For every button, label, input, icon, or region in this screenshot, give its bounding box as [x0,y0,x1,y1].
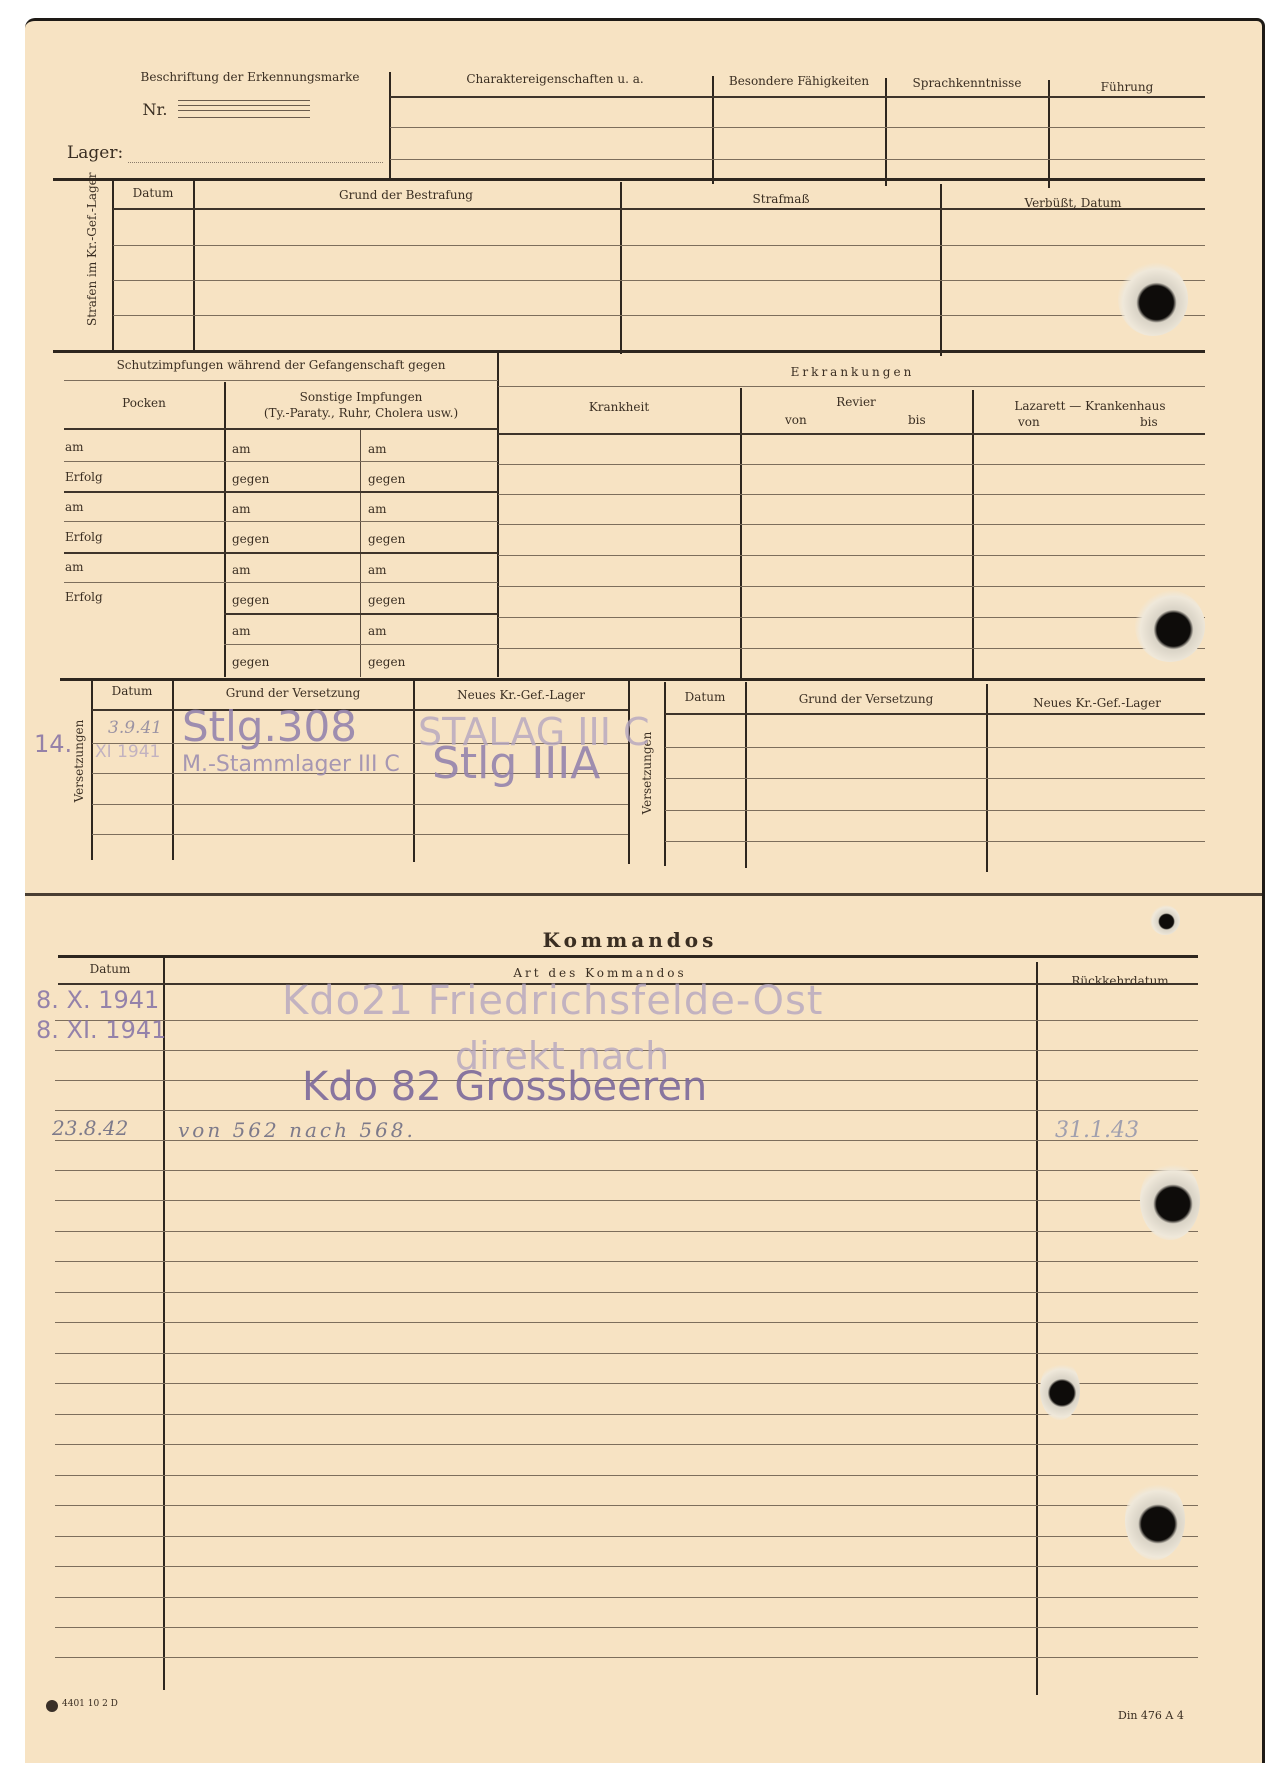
kommando-date-2: 8. XI. 1941 [36,1016,166,1044]
kommando-date-4: 23.8.42 [52,1116,128,1140]
kommando-text-4: von 562 nach 568. [178,1118,416,1142]
traits-header-abilities: Besondere Fähigkeiten [716,74,882,88]
rule [60,678,1205,681]
vacc-other-gegen-4a: gegen [232,655,269,669]
transfer-header-reason-left: Grund der Versetzung [175,686,411,700]
divider [163,957,165,1690]
rule [224,644,498,645]
punishments-side-label: Strafen im Kr.-Gef.-Lager [86,186,114,326]
rule [55,1536,1198,1537]
illness-revier-von: von [785,413,807,427]
divider [712,76,714,184]
rule [55,1414,1198,1415]
vacc-title: Schutzimpfungen während der Gefangenscha… [66,358,496,372]
vacc-pocken-erfolg-1: Erfolg [65,470,103,484]
vacc-other-am-3a: am [232,563,251,577]
transfer-row-number: 14. [34,730,72,758]
nr-field[interactable] [178,100,310,118]
traits-header-languages: Sprachkenntnisse [888,76,1046,90]
rule [55,1110,1198,1111]
rule [498,555,1205,556]
transfer-header-camp-left: Neues Kr.-Gef.-Lager [416,688,626,702]
vacc-pocken-am-1: am [65,440,84,454]
rule [113,280,1205,281]
lager-label: Lager: [67,143,123,163]
stamp-stlg-308: Stlg.308 [182,702,357,751]
stamp-stammlager: M.-Stammlager III C [182,752,400,777]
printer-mark-icon [46,1700,58,1712]
rule [64,521,498,522]
transfer-header-reason-right: Grund der Versetzung [748,692,984,706]
vacc-other-gegen-4b: gegen [368,655,405,669]
punch-hole [1040,1360,1080,1420]
vacc-other-header-2: (Ty.-Paraty., Ruhr, Cholera usw.) [226,406,496,420]
traits-header-character: Charaktereigenschaften u. a. [400,72,710,86]
punish-header-reason: Grund der Bestrafung [196,188,616,202]
rule [92,834,628,835]
kommandos-header-return: Rückkehrdatum [1040,974,1200,988]
ident-title: Beschriftung der Erkennungsmarke [110,70,390,84]
rule [55,1444,1198,1445]
rule [498,586,1205,587]
vacc-pocken-erfolg-2: Erfolg [65,530,103,544]
illness-lazarett-von: von [1018,415,1040,429]
rule [55,1566,1198,1567]
rule [55,1322,1198,1323]
rule [55,1627,1198,1628]
kommando-stamp-grossbeeren: Kdo 82 Grossbeeren [302,1064,707,1110]
vacc-pocken-am-3: am [65,560,84,574]
rule [498,386,1205,387]
rule [498,494,1205,495]
rule [665,778,1205,779]
illness-header-lazarett: Lazarett — Krankenhaus [976,399,1204,413]
divider [497,352,499,677]
illness-header-disease: Krankheit [500,400,738,414]
vacc-pocken-erfolg-3: Erfolg [65,590,103,604]
vacc-other-gegen-3b: gegen [368,593,405,607]
punch-hole [1135,590,1205,662]
punch-hole [1125,1480,1185,1560]
kommando-return-4: 31.1.43 [1055,1118,1139,1143]
din-label: Din 476 A 4 [1118,1709,1184,1722]
divider [740,388,742,678]
rule [390,96,1205,98]
vacc-other-am-2a: am [232,502,251,516]
rule [55,1383,1198,1384]
stamp-stlg-iiia: Stlg IIIA [432,738,600,789]
rule [665,747,1205,748]
divider [224,382,226,677]
rule [55,1505,1198,1506]
vacc-other-am-3b: am [368,563,387,577]
illness-title: Erkrankungen [500,365,1205,379]
rule [498,464,1205,465]
illness-lazarett-bis: bis [1140,415,1158,429]
transfer-header-camp-right: Neues Kr.-Gef.-Lager [988,696,1206,710]
transfer-date-handwritten: 3.9.41 [108,718,162,738]
rule [55,1597,1198,1598]
rule [55,1231,1198,1232]
kommandos-header-date: Datum [58,962,162,976]
vacc-other-gegen-2a: gegen [232,532,269,546]
rule [113,245,1205,246]
vacc-pocken-am-2: am [65,500,84,514]
divider [885,78,887,186]
divider [112,180,114,350]
rule [55,1170,1198,1171]
transfer-header-date-left: Datum [93,684,171,698]
rule [498,617,1205,618]
divider [389,72,391,178]
divider [172,680,174,860]
kommandos-title: Kommandos [480,928,780,952]
rule [390,159,1205,160]
vacc-other-gegen-2b: gegen [368,532,405,546]
vacc-other-gegen-3a: gegen [232,593,269,607]
rule [498,648,1205,649]
nr-label: Nr. [140,100,170,119]
divider [1036,962,1038,1695]
kommando-date-1: 8. X. 1941 [36,986,159,1014]
kommando-stamp-friedrichsfelde: Kdo21 Friedrichsfelde-Ost [282,978,823,1024]
rule [113,315,1205,316]
punish-header-measure: Strafmaß [624,192,938,206]
rule [498,433,1205,435]
rule [55,1657,1198,1658]
rule [113,208,1205,210]
rule [665,810,1205,811]
punch-hole [1140,1160,1200,1240]
divider [193,180,195,350]
rule [58,955,1198,958]
rule [53,350,1205,353]
rule [224,613,498,615]
rule [55,1200,1198,1201]
rule [55,1261,1198,1262]
vacc-other-am-2b: am [368,502,387,516]
transfer-header-date-right: Datum [666,690,744,704]
divider [91,680,93,860]
rule [92,804,628,805]
illness-revier-bis: bis [908,413,926,427]
lager-field[interactable] [128,162,383,163]
vacc-pocken-header: Pocken [64,396,224,410]
rule [64,491,498,493]
transfer-date-stamp: XI 1941 [95,742,160,762]
rule [390,127,1205,128]
rule [53,178,1205,181]
traits-header-conduct: Führung [1052,80,1202,94]
vacc-other-am-1b: am [368,442,387,456]
rule [64,461,498,462]
rule [498,524,1205,525]
punish-header-date: Datum [114,186,192,200]
vacc-other-am-4a: am [232,624,251,638]
rule [665,841,1205,842]
form-code: 4401 10 2 D [62,1699,118,1709]
divider [628,680,630,864]
punch-hole [1118,262,1188,336]
vacc-other-am-4b: am [368,624,387,638]
rule [55,1292,1198,1293]
vacc-other-gegen-1a: gegen [232,472,269,486]
rule [55,1353,1198,1354]
vacc-other-header-1: Sonstige Impfungen [226,390,496,404]
fold-line [25,893,1262,896]
rule [64,582,498,583]
rule [64,552,498,554]
vacc-other-am-1a: am [232,442,251,456]
rule [64,380,498,381]
rule [665,713,1205,715]
vacc-other-gegen-1b: gegen [368,472,405,486]
illness-header-revier: Revier [742,395,970,409]
divider [664,682,666,866]
transfers-side-label-left: Versetzungen [73,716,87,806]
punch-hole [1150,905,1180,935]
rule [55,1475,1198,1476]
rule [64,428,498,430]
